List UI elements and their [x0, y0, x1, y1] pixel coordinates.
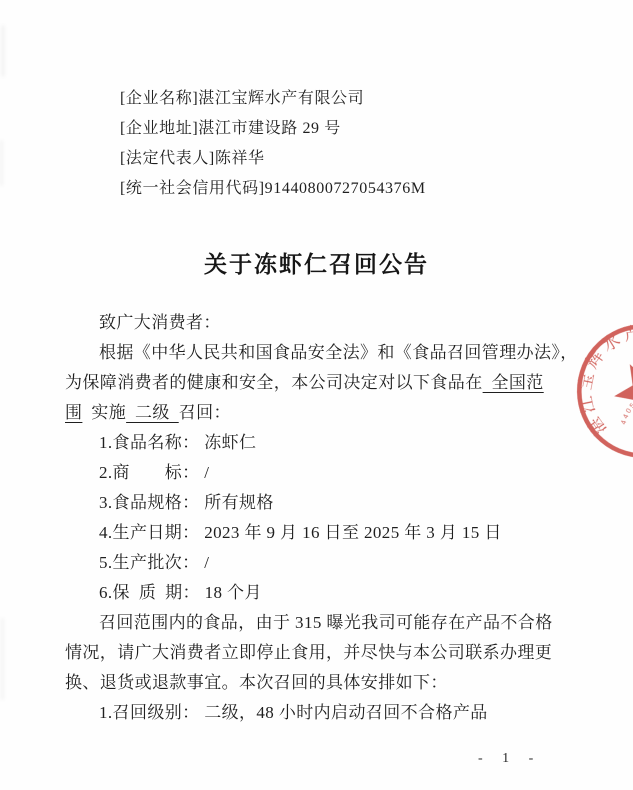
- body-text-run: 3.食品规格： 所有规格: [99, 493, 274, 512]
- body-line: 6.保 质 期： 18 个月: [65, 578, 585, 608]
- body-text-run: 召回范围内的食品，由于 315 曝光我司可能存在产品不合格: [99, 613, 553, 632]
- body-text-run: 情况，请广大消费者立即停止食用，并尽快与本公司联系办理更: [65, 643, 552, 662]
- body-text-run: 2.商 标： /: [99, 463, 209, 482]
- body-text-run: 1.召回级别： 二级，48 小时内启动召回不合格产品: [99, 703, 488, 722]
- body-text-run: 6.保 质 期： 18 个月: [99, 583, 262, 602]
- body-line: 4.生产日期： 2023 年 9 月 16 日至 2025 年 3 月 15 日: [65, 518, 585, 548]
- page-number: - 1 -: [478, 751, 541, 767]
- body-line: 为保障消费者的健康和安全，本公司决定对以下食品在 全国范: [65, 368, 585, 398]
- company-info-line: [企业地址]湛江市建设路 29 号: [120, 114, 426, 144]
- body-line: 1.召回级别： 二级，48 小时内启动召回不合格产品: [65, 698, 585, 728]
- body-line: 根据《中华人民共和国食品安全法》和《食品召回管理办法》，: [65, 338, 585, 368]
- scan-artifact: [1, 25, 5, 77]
- document-body: 致广大消费者：根据《中华人民共和国食品安全法》和《食品召回管理办法》，为保障消费…: [65, 308, 585, 728]
- document-title: 关于冻虾仁召回公告: [0, 246, 633, 279]
- body-text-run: 召回：: [179, 403, 231, 422]
- underlined-text: 围: [65, 403, 82, 422]
- scan-artifact: [1, 618, 4, 700]
- company-info-line: [法定代表人]陈祥华: [120, 144, 426, 174]
- company-info-block: [企业名称]湛江宝辉水产有限公司[企业地址]湛江市建设路 29 号[法定代表人]…: [120, 84, 426, 204]
- body-text-run: 致广大消费者：: [99, 313, 221, 332]
- scan-artifact: [0, 140, 3, 186]
- body-line: 5.生产批次： /: [65, 548, 585, 578]
- body-text-run: 5.生产批次： /: [99, 553, 209, 572]
- body-text-run: 为保障消费者的健康和安全，本公司决定对以下食品在: [65, 373, 483, 392]
- company-info-line: [统一社会信用代码]91440800727054376M: [120, 174, 426, 204]
- body-line: 召回范围内的食品，由于 315 曝光我司可能存在产品不合格: [65, 608, 585, 638]
- body-text-run: 4.生产日期： 2023 年 9 月 16 日至 2025 年 3 月 15 日: [99, 523, 502, 542]
- body-text-run: 换、退货或退款事宜。本次召回的具体安排如下：: [65, 673, 448, 692]
- body-text-run: 实施: [82, 403, 126, 422]
- body-line: 情况，请广大消费者立即停止食用，并尽快与本公司联系办理更: [65, 638, 585, 668]
- underlined-text: 全国范: [483, 373, 544, 392]
- body-line: 3.食品规格： 所有规格: [65, 488, 585, 518]
- body-line: 围 实施 二级 召回：: [65, 398, 585, 428]
- body-line: 换、退货或退款事宜。本次召回的具体安排如下：: [65, 668, 585, 698]
- scanned-document-page: [企业名称]湛江宝辉水产有限公司[企业地址]湛江市建设路 29 号[法定代表人]…: [0, 0, 633, 790]
- company-info-line: [企业名称]湛江宝辉水产有限公司: [120, 84, 426, 114]
- body-text-run: 1.食品名称： 冻虾仁: [99, 433, 256, 452]
- body-line: 2.商 标： /: [65, 458, 585, 488]
- body-line: 致广大消费者：: [65, 308, 585, 338]
- body-line: 1.食品名称： 冻虾仁: [65, 428, 585, 458]
- body-text-run: 根据《中华人民共和国食品安全法》和《食品召回管理办法》，: [99, 343, 578, 362]
- underlined-text: 二级: [126, 403, 179, 422]
